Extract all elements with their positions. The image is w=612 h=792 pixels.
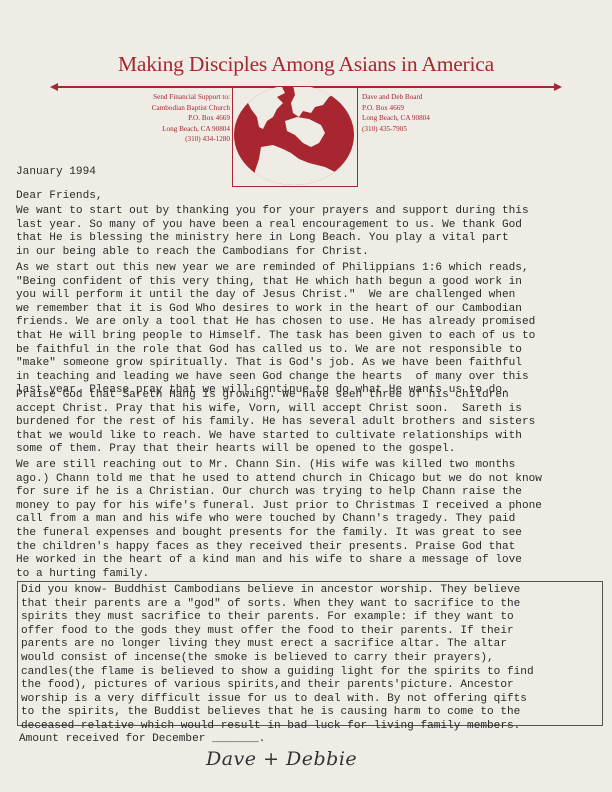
paragraph-chann: We are still reaching out to Mr. Chann S…	[16, 459, 542, 581]
letter-greeting: Dear Friends,	[16, 190, 103, 204]
address-line: Send Financial Support to:	[110, 92, 230, 103]
globe-logo	[232, 87, 358, 187]
globe-icon	[233, 87, 356, 185]
letterhead-title: Making Disciples Among Asians in America	[0, 52, 612, 77]
amount-received-line: Amount received for December _______.	[19, 733, 265, 747]
address-line: P.O. Box 4669	[110, 113, 230, 124]
address-line: (310) 435-7905	[362, 124, 482, 135]
address-line: Dave and Deb Board	[362, 92, 482, 103]
did-you-know-box: Did you know- Buddhist Cambodians believ…	[17, 581, 603, 726]
paragraph-thanks: We want to start out by thanking you for…	[16, 205, 529, 259]
paragraph-sareth: Praise God that Sareth Hang is growing. …	[16, 389, 535, 457]
address-line: P.O. Box 4669	[362, 103, 482, 114]
address-line: (310) 434-1280	[110, 134, 230, 145]
arrow-right-icon	[554, 83, 562, 91]
personal-address: Dave and Deb Board P.O. Box 4669 Long Be…	[362, 92, 482, 134]
signature: Dave + Debbie	[206, 748, 357, 770]
did-you-know-text: Did you know- Buddhist Cambodians believ…	[21, 584, 602, 734]
church-address: Send Financial Support to: Cambodian Bap…	[110, 92, 230, 145]
letter-date: January 1994	[16, 166, 96, 180]
paragraph-philippians: As we start out this new year we are rem…	[16, 262, 535, 398]
address-line: Long Beach, CA 90804	[110, 124, 230, 135]
address-line: Long Beach, CA 90804	[362, 113, 482, 124]
address-line: Cambodian Baptist Church	[110, 103, 230, 114]
